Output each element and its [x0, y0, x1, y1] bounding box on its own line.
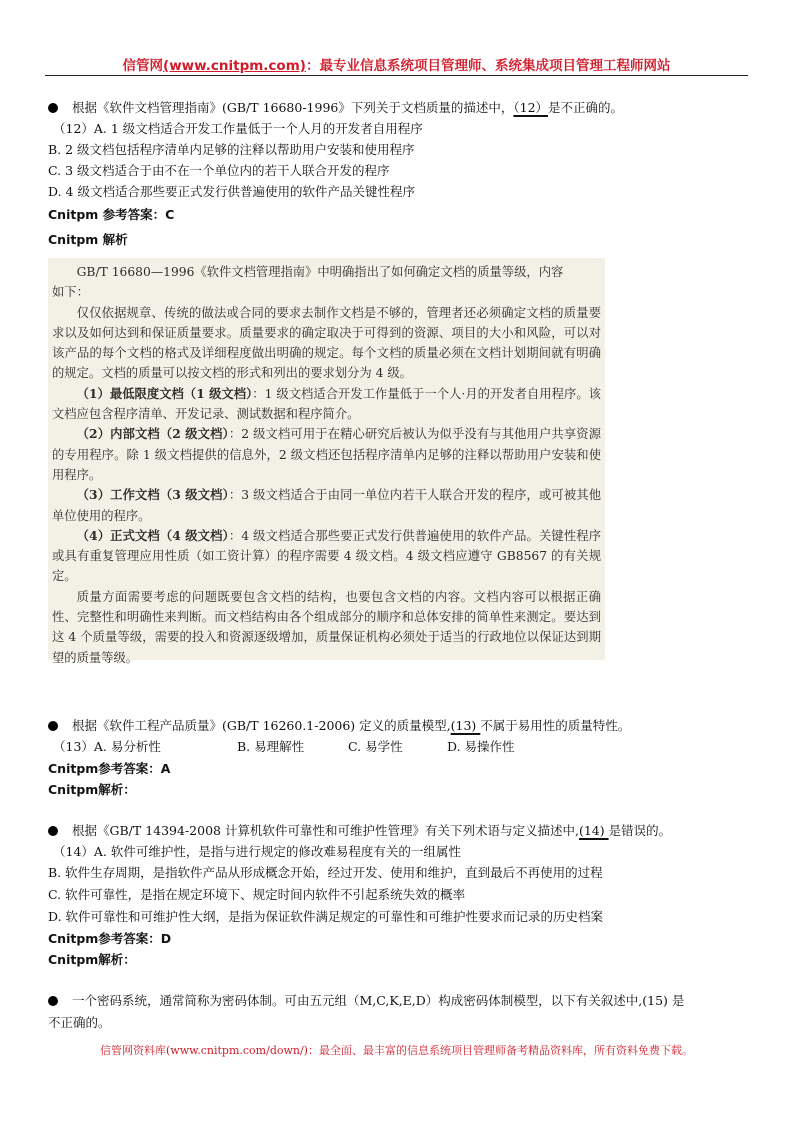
option-a: （13）A. 易分析性 [53, 739, 161, 755]
option-d: D. 4 级文档适合那些要正式发行供普遍使用的软件产品关键性程序 [48, 184, 415, 200]
page-footer: 信管网资料库(www.cnitpm.com/down/)：最全面、最丰富的信息系… [0, 1042, 793, 1058]
question-13-stem: 根据《软件工程产品质量》(GB/T 16260.1-2006) 定义的质量模型,… [48, 718, 630, 734]
question-15-stem: 一个密码系统，通常简称为密码体制。可由五元组（M,C,K,E,D）构成密码体制模… [48, 993, 684, 1009]
site-name: 信管网 [123, 58, 164, 74]
scan-paragraph: 如下： [52, 282, 601, 302]
question-15-stem-cont: 不正确的。 [48, 1015, 111, 1031]
scan-paragraph: GB/T 16680—1996《软件文档管理指南》中明确指出了如何确定文档的质量… [52, 262, 601, 282]
option-a: （14）A. 软件可维护性，是指与进行规定的修改难易程度有关的一组属性 [53, 844, 461, 860]
site-link[interactable]: (www.cnitpm.com) [163, 58, 306, 74]
question-12-stem: 根据《软件文档管理指南》(GB/T 16680-1996》下列关于文档质量的描述… [48, 100, 623, 116]
answer-blank: (13) [451, 718, 481, 733]
scan-level-2: （2）内部文档（2 级文档）：2 级文档可用于在精心研究后被认为似乎没有与其他用… [52, 424, 601, 485]
analysis-scan-image: GB/T 16680—1996《软件文档管理指南》中明确指出了如何确定文档的质量… [48, 258, 605, 660]
bullet-icon [48, 721, 58, 731]
analysis-label: Cnitpm解析： [48, 952, 136, 968]
option-b: B. 软件生存周期，是指软件产品从形成概念开始，经过开发、使用和维护，直到最后不… [48, 865, 603, 881]
scan-paragraph: 质量方面需要考虑的问题既要包含文档的结构，也要包含文档的内容。文档内容可以根据正… [52, 587, 601, 668]
option-c: C. 易学性 [348, 739, 403, 755]
option-d: D. 易操作性 [447, 739, 515, 755]
option-c: C. 软件可靠性，是指在规定环境下、规定时间内软件不引起系统失效的概率 [48, 887, 465, 903]
scan-level-4: （4）正式文档（4 级文档）：4 级文档适合那些要正式发行供普遍使用的软件产品。… [52, 526, 601, 587]
option-b: B. 易理解性 [237, 739, 304, 755]
reference-answer: Cnitpm参考答案：A [48, 761, 170, 777]
scan-level-1: （1）最低限度文档（1 级文档）：1 级文档适合开发工作量低于一个人·月的开发者… [52, 384, 601, 425]
option-a: （12）A. 1 级文档适合开发工作量低于一个人月的开发者自用程序 [53, 121, 423, 137]
site-slogan: ：最专业信息系统项目管理师、系统集成项目管理工程师网站 [306, 58, 671, 74]
answer-blank: （12） [513, 100, 548, 115]
option-b: B. 2 级文档包括程序清单内足够的注释以帮助用户安装和使用程序 [48, 142, 415, 158]
answer-blank: (14) [579, 823, 609, 838]
bullet-icon [48, 996, 58, 1006]
reference-answer: Cnitpm参考答案：D [48, 931, 171, 947]
option-c: C. 3 级文档适合于由不在一个单位内的若干人联合开发的程序 [48, 163, 390, 179]
reference-answer: Cnitpm 参考答案：C [48, 207, 174, 223]
bullet-icon [48, 103, 58, 113]
option-d: D. 软件可靠性和可维护性大纲，是指为保证软件满足规定的可靠性和可维护性要求而记… [48, 909, 603, 925]
scan-level-3: （3）工作文档（3 级文档）：3 级文档适合于由同一单位内若干人联合开发的程序，… [52, 485, 601, 526]
page-header: 信管网(www.cnitpm.com)：最专业信息系统项目管理师、系统集成项目管… [0, 54, 793, 74]
question-14-stem: 根据《GB/T 14394-2008 计算机软件可靠性和可维护性管理》有关下列术… [48, 823, 671, 839]
analysis-label: Cnitpm解析： [48, 782, 136, 798]
bullet-icon [48, 826, 58, 836]
analysis-label: Cnitpm 解析 [48, 232, 128, 248]
scan-paragraph: 仅仅依据规章、传统的做法或合同的要求去制作文档是不够的，管理者还必须确定文档的质… [52, 303, 601, 384]
header-divider [45, 75, 748, 76]
